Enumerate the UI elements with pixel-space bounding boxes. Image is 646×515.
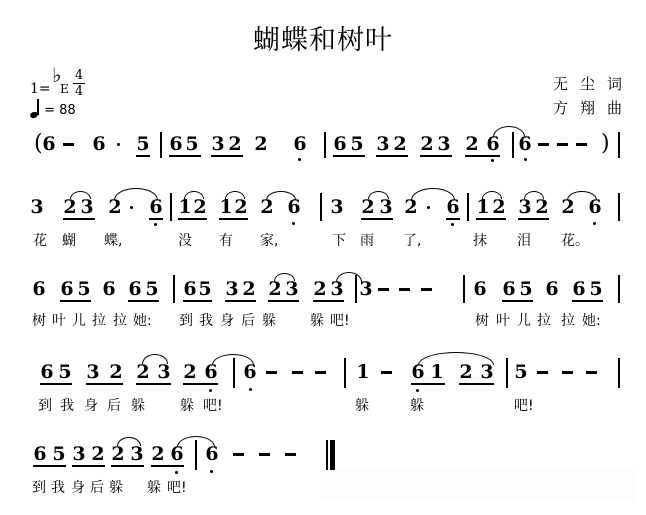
- note: 1: [219, 197, 233, 217]
- underline: [33, 465, 66, 467]
- lyric: 躲: [180, 398, 194, 414]
- dash: [378, 288, 389, 291]
- note: 6: [32, 279, 46, 299]
- close-paren: ): [601, 134, 610, 154]
- lyric: 蝴: [62, 233, 76, 249]
- note: 5: [519, 279, 533, 299]
- note: 5: [198, 279, 212, 299]
- tonic-label: 1=: [30, 82, 51, 96]
- aug-dot: [130, 206, 133, 209]
- underline: [40, 383, 72, 385]
- slur-arc: [274, 273, 295, 281]
- note: 2: [63, 197, 77, 217]
- note: 5: [350, 134, 364, 154]
- lyric: 躲: [410, 398, 424, 414]
- note: 6: [243, 362, 257, 382]
- lyric: 树: [475, 313, 489, 329]
- underline: [183, 383, 218, 385]
- note: 2: [183, 362, 197, 382]
- dash: [285, 453, 296, 456]
- lyric: 躲: [262, 313, 276, 329]
- note: 3: [379, 197, 393, 217]
- slur-arc: [567, 191, 597, 200]
- note: 6: [149, 197, 163, 217]
- lyric: 身: [84, 398, 98, 414]
- low-octave-dot: [249, 388, 252, 391]
- dash: [63, 143, 74, 146]
- note: 2: [404, 197, 418, 217]
- low-octave-dot: [292, 222, 295, 225]
- blank-area: [320, 470, 636, 502]
- lyric: 到: [32, 480, 46, 496]
- note: 6: [502, 279, 516, 299]
- underline: [225, 300, 256, 302]
- note: 2: [459, 362, 473, 382]
- tempo-marking: = 88: [30, 100, 76, 118]
- credits: 无尘词 方翔曲: [553, 72, 622, 120]
- note: 5: [58, 362, 72, 382]
- aug-dot: [427, 206, 430, 209]
- barline: [320, 193, 322, 221]
- note: 6: [169, 134, 183, 154]
- barline: [173, 275, 175, 303]
- lyric: 下: [332, 233, 346, 249]
- lyric: 叶: [496, 313, 510, 329]
- note: 3: [157, 362, 171, 382]
- lyric: 抹: [473, 233, 487, 249]
- note: 1: [178, 197, 192, 217]
- note: 6: [287, 197, 301, 217]
- underline: [63, 218, 95, 220]
- lyricist: 无尘词: [553, 72, 634, 96]
- note: 6: [204, 362, 218, 382]
- note: 2: [109, 362, 123, 382]
- underline: [136, 383, 171, 385]
- note: 6: [128, 279, 142, 299]
- note: 3: [480, 362, 494, 382]
- lyric: 躲: [147, 480, 161, 496]
- underline: [178, 218, 207, 220]
- slur-arc: [482, 191, 502, 199]
- note: 6: [102, 279, 116, 299]
- barline: [355, 275, 357, 303]
- slur-arc: [368, 191, 389, 199]
- underline: [268, 300, 299, 302]
- lyric: 没: [178, 233, 192, 249]
- underline: [446, 218, 460, 220]
- underline: [149, 218, 163, 220]
- low-octave-dot: [593, 222, 596, 225]
- note: 5: [514, 362, 528, 382]
- underline: [476, 218, 506, 220]
- note: 2: [561, 197, 575, 217]
- note: 2: [268, 279, 282, 299]
- slur-arc: [225, 191, 245, 199]
- time-top: 4: [73, 68, 85, 84]
- lyric: 我: [51, 480, 65, 496]
- underline: [459, 383, 494, 385]
- underline: [60, 300, 91, 302]
- low-octave-dot: [154, 223, 157, 226]
- note: 2: [465, 134, 479, 154]
- note: 3: [80, 197, 94, 217]
- dash: [562, 371, 573, 374]
- lyric: 她:: [582, 313, 601, 329]
- underline: [111, 465, 144, 467]
- barline: [618, 193, 620, 221]
- quarter-note-icon: [30, 100, 40, 118]
- lyric: 身: [71, 480, 85, 496]
- note: 2: [535, 197, 549, 217]
- note: 6: [411, 362, 425, 382]
- lyric: 吧!: [330, 313, 350, 329]
- note: 5: [136, 134, 150, 154]
- lyric: 拉: [113, 313, 127, 329]
- underline: [333, 155, 365, 157]
- slur-arc: [117, 437, 141, 446]
- lyric: 泪: [517, 233, 531, 249]
- lyric: 吧!: [203, 398, 223, 414]
- note: 6: [42, 134, 56, 154]
- barline: [233, 358, 235, 388]
- note: 6: [60, 279, 74, 299]
- lyric: 躲: [310, 313, 324, 329]
- barline: [195, 440, 197, 470]
- barline: [512, 132, 514, 158]
- low-octave-dot: [451, 223, 454, 226]
- barline: [344, 358, 346, 388]
- lyric: 花: [33, 233, 47, 249]
- lyric: 叶: [52, 313, 66, 329]
- lyric: 躲: [109, 480, 123, 496]
- lyric: 蝶,: [104, 233, 122, 249]
- note: 6: [40, 362, 54, 382]
- barline: [506, 358, 508, 388]
- note: 5: [589, 279, 603, 299]
- note: 2: [254, 134, 268, 154]
- underline: [502, 300, 533, 302]
- score-title: 蝴蝶和树叶: [0, 18, 646, 57]
- note: 2: [193, 197, 207, 217]
- underline: [128, 300, 159, 302]
- note: 3: [330, 197, 344, 217]
- dash: [233, 453, 244, 456]
- low-octave-dot: [210, 470, 213, 473]
- lyric: 她:: [133, 313, 152, 329]
- note: 6: [33, 444, 47, 464]
- barline: [467, 193, 469, 221]
- note: 5: [52, 444, 66, 464]
- lyric: 家,: [260, 233, 278, 249]
- note: 3: [225, 279, 239, 299]
- note: 3: [437, 134, 451, 154]
- lyric: 儿: [72, 313, 86, 329]
- note: 3: [86, 362, 100, 382]
- lyric: 我: [199, 313, 213, 329]
- lyric: 吧!: [514, 398, 534, 414]
- lyric: 到: [179, 313, 193, 329]
- lyric: 后: [107, 398, 121, 414]
- note: 3: [130, 444, 144, 464]
- lyric: 雨: [360, 233, 374, 249]
- time-bottom: 4: [73, 84, 85, 99]
- flat-icon: ♭: [52, 68, 61, 82]
- underline: [151, 465, 184, 467]
- note: 6: [205, 444, 219, 464]
- note: 2: [111, 444, 125, 464]
- note: 2: [313, 279, 327, 299]
- note: 6: [333, 134, 347, 154]
- note: 6: [446, 197, 460, 217]
- underline: [465, 155, 500, 157]
- barline: [170, 193, 172, 221]
- dash: [421, 288, 432, 291]
- note: 1: [430, 362, 444, 382]
- note: 3: [285, 279, 299, 299]
- note: 6: [170, 444, 184, 464]
- dash: [259, 453, 270, 456]
- note: 2: [108, 197, 122, 217]
- lyric: 到: [38, 398, 52, 414]
- note: 3: [72, 444, 86, 464]
- note: 2: [136, 362, 150, 382]
- note: 2: [361, 197, 375, 217]
- underline: [313, 300, 344, 302]
- underline: [376, 155, 408, 157]
- dash: [381, 371, 392, 374]
- note: 1: [476, 197, 490, 217]
- low-octave-dot: [416, 389, 419, 392]
- dash: [315, 371, 326, 374]
- lyric: 拉: [92, 313, 106, 329]
- underline: [572, 300, 603, 302]
- note: 6: [518, 134, 532, 154]
- note: 6: [545, 279, 559, 299]
- note: 1: [356, 362, 370, 382]
- slur-arc: [266, 191, 296, 200]
- final-barline-thick: [330, 440, 335, 470]
- aug-dot: [117, 143, 120, 146]
- lyric: 后: [241, 313, 255, 329]
- barline: [463, 275, 465, 303]
- note: 2: [492, 197, 506, 217]
- note: 2: [91, 444, 105, 464]
- note: 2: [260, 197, 274, 217]
- time-signature: 4 4: [73, 68, 85, 99]
- underline: [361, 218, 393, 220]
- lyric: 拉: [561, 313, 575, 329]
- note: 6: [183, 279, 197, 299]
- low-octave-dot: [491, 159, 494, 162]
- lyric: 花。: [561, 233, 589, 249]
- key-letter: E: [60, 82, 69, 96]
- note: 5: [145, 279, 159, 299]
- note: 2: [234, 197, 248, 217]
- underline: [211, 155, 243, 157]
- low-octave-dot: [298, 158, 301, 161]
- lyric: 后: [90, 480, 104, 496]
- final-barline-thin: [326, 440, 328, 470]
- note: 2: [228, 134, 242, 154]
- note: 3: [30, 197, 44, 217]
- note: 2: [242, 279, 256, 299]
- note: 3: [518, 197, 532, 217]
- lyric: 拉: [537, 313, 551, 329]
- dash: [292, 371, 303, 374]
- barline: [618, 275, 620, 303]
- low-octave-dot: [175, 471, 178, 474]
- underline: [219, 218, 248, 220]
- dash: [266, 371, 277, 374]
- note: 6: [486, 134, 500, 154]
- note: 6: [473, 279, 487, 299]
- dash: [537, 371, 548, 374]
- dash: [557, 143, 568, 146]
- note: 6: [572, 279, 586, 299]
- note: 6: [588, 197, 602, 217]
- slur-arc: [418, 352, 494, 365]
- lyric: 身: [220, 313, 234, 329]
- note: 3: [330, 279, 344, 299]
- slur-arc: [524, 191, 544, 199]
- underline: [420, 155, 452, 157]
- dash: [399, 288, 410, 291]
- lyric: 有: [219, 233, 233, 249]
- note: 3: [211, 134, 225, 154]
- note: 3: [359, 279, 373, 299]
- underline: [136, 155, 150, 157]
- underline: [169, 155, 201, 157]
- dash: [576, 143, 587, 146]
- lyric: 躲: [355, 398, 369, 414]
- dash: [586, 371, 597, 374]
- underline: [72, 465, 105, 467]
- barline: [618, 358, 620, 388]
- barline: [160, 132, 162, 158]
- lyric: 吧!: [167, 480, 187, 496]
- tempo-value: = 88: [44, 103, 76, 118]
- lyric: 我: [60, 398, 74, 414]
- slur-arc: [184, 191, 204, 199]
- slur-arc: [142, 354, 168, 364]
- barline: [618, 132, 620, 158]
- underline: [411, 383, 445, 385]
- underline: [86, 383, 123, 385]
- note: 6: [92, 134, 106, 154]
- underline: [183, 300, 212, 302]
- underline: [518, 218, 549, 220]
- slur-arc: [70, 191, 91, 199]
- note: 5: [185, 134, 199, 154]
- note: 2: [420, 134, 434, 154]
- note: 2: [393, 134, 407, 154]
- lyric: 儿: [517, 313, 531, 329]
- note: 6: [293, 134, 307, 154]
- note: 3: [376, 134, 390, 154]
- low-octave-dot: [209, 389, 212, 392]
- note: 2: [151, 444, 165, 464]
- barline: [324, 132, 326, 158]
- note: 5: [77, 279, 91, 299]
- lyric: 了,: [403, 233, 421, 249]
- lyric: 躲: [131, 398, 145, 414]
- dash: [538, 143, 549, 146]
- lyric: 树: [32, 313, 46, 329]
- low-octave-dot: [524, 158, 527, 161]
- composer: 方翔曲: [553, 96, 634, 120]
